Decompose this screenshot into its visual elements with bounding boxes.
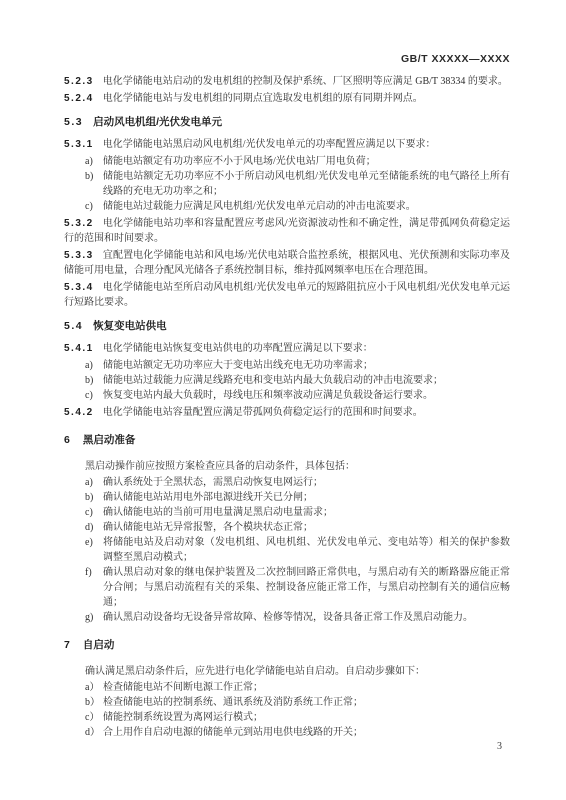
list-item-label: a) xyxy=(85,154,103,169)
section-heading-5-3: 5.3启动风电机组/光伏发电单元 xyxy=(64,115,510,130)
list-item-label: b） xyxy=(85,695,103,710)
section-heading-5-4: 5.4恢复变电站供电 xyxy=(64,319,510,334)
list-item: c） 储能控制系统设置为离网运行模式； xyxy=(64,710,510,725)
list-item: a） 检查储能电站不间断电源工作正常； xyxy=(64,680,510,695)
clause-text: 电化学储能电站恢复变电站供电的功率配置应满足以下要求： xyxy=(103,343,373,354)
list-chapter-7: a） 检查储能电站不间断电源工作正常； b） 检查储能电站的控制系统、通讯系统及… xyxy=(64,680,510,740)
list-item-text: 确认黑启动对象的继电保护装置及二次控制回路正常供电，与黑启动有关的断路器应能正常… xyxy=(103,565,510,610)
clause-number: 5.3.4 xyxy=(64,282,94,293)
clause-5-4-2: 5.4.2电化学储能电站容量配置应满足带孤网负荷稳定运行的范围和时间要求。 xyxy=(64,405,510,420)
clause-number: 5.3.1 xyxy=(64,139,94,150)
clause-text: 电化学储能电站功率和容量配置应考虑风/光资源波动性和不确定性，满足带孤网负荷稳定… xyxy=(64,218,510,244)
list-item: d） 合上用作自启动电源的储能单元到站用电供电线路的开关； xyxy=(64,725,510,740)
list-item-label: e) xyxy=(85,535,103,565)
clause-5-2-3: 5.2.3电化学储能电站启动的发电机组的控制及保护系统、厂区照明等应满足 GB/… xyxy=(64,74,510,89)
list-item-text: 储能控制系统设置为离网运行模式； xyxy=(103,710,510,725)
list-item: g) 确认黑启动设备均无设备异常故障、检修等情况，设备具备正常工作及黑启动能力。 xyxy=(64,610,510,625)
list-item: b) 储能电站过载能力应满足线路充电和变电站内最大负载启动的冲击电流要求； xyxy=(64,373,510,388)
list-item-text: 确认储能电站站用电外部电源进线开关已分闸； xyxy=(103,490,510,505)
section-number: 5.3 xyxy=(64,116,83,128)
list-item-label: c) xyxy=(85,388,103,403)
list-item-label: d） xyxy=(85,725,103,740)
list-5-3-1: a) 储能电站额定有功功率应不小于风电场/光伏电站厂用电负荷； b) 储能电站额… xyxy=(64,154,510,214)
clause-text: 电化学储能电站黑启动风电机组/光伏发电单元的功率配置应满足以下要求： xyxy=(103,139,436,150)
list-item: d) 确认储能电站无异常报警，各个模块状态正常； xyxy=(64,520,510,535)
clause-number: 5.4.2 xyxy=(64,407,94,418)
section-title: 恢复变电站供电 xyxy=(93,320,167,332)
chapter-heading-6: 6黑启动准备 xyxy=(64,433,510,448)
list-item: a) 确认系统处于全黑状态，需黑启动恢复电网运行； xyxy=(64,475,510,490)
list-item: c) 确认储能电站的当前可用电量满足黑启动电量需求； xyxy=(64,505,510,520)
section-number: 5.4 xyxy=(64,320,83,332)
page-number: 3 xyxy=(497,740,502,754)
clause-text: 电化学储能电站至所启动风电机组/光伏发电单元的短路阻抗应小于风电机组/光伏发电单… xyxy=(64,282,510,308)
list-item-label: d) xyxy=(85,520,103,535)
list-item-label: c） xyxy=(85,710,103,725)
list-item-label: a) xyxy=(85,475,103,490)
list-item-label: a） xyxy=(85,680,103,695)
chapter-title: 自启动 xyxy=(83,639,115,651)
section-title: 启动风电机组/光伏发电单元 xyxy=(93,116,222,128)
clause-text: 电化学储能电站与发电机组的同期点宜选取发电机组的原有同期并网点。 xyxy=(103,93,423,104)
intro-paragraph: 确认满足黑启动条件后，应先进行电化学储能电站自启动。自启动步骤如下： xyxy=(64,664,510,679)
intro-paragraph: 黑启动操作前应按照方案检查应具备的启动条件，具体包括： xyxy=(64,459,510,474)
list-5-4-1: a) 储能电站额定无功功率应大于变电站出线充电无功功率需求； b) 储能电站过载… xyxy=(64,358,510,403)
chapter-number: 7 xyxy=(64,639,70,651)
chapter-title: 黑启动准备 xyxy=(83,434,136,446)
clause-number: 5.2.4 xyxy=(64,93,94,104)
clause-5-3-1: 5.3.1电化学储能电站黑启动风电机组/光伏发电单元的功率配置应满足以下要求： xyxy=(64,137,510,152)
document-page: GB/T XXXXX—XXXX 5.2.3电化学储能电站启动的发电机组的控制及保… xyxy=(0,0,566,800)
list-item-label: b) xyxy=(85,490,103,505)
list-item-label: f) xyxy=(85,565,103,610)
list-item-text: 储能电站过载能力应满足风电机组/光伏发电单元启动的冲击电流要求。 xyxy=(103,199,510,214)
clause-5-3-3: 5.3.3宜配置电化学储能电站和风电场/光伏电站联合监控系统，根据风电、光伏预测… xyxy=(64,248,510,278)
clause-number: 5.3.3 xyxy=(64,250,94,261)
clause-5-2-4: 5.2.4电化学储能电站与发电机组的同期点宜选取发电机组的原有同期并网点。 xyxy=(64,91,510,106)
list-item-text: 储能电站额定有功功率应不小于风电场/光伏电站厂用电负荷； xyxy=(103,154,510,169)
list-item-text: 确认储能电站的当前可用电量满足黑启动电量需求； xyxy=(103,505,510,520)
list-item-text: 检查储能电站的控制系统、通讯系统及消防系统工作正常； xyxy=(103,695,510,710)
clause-5-3-4: 5.3.4电化学储能电站至所启动风电机组/光伏发电单元的短路阻抗应小于风电机组/… xyxy=(64,280,510,310)
list-item: b) 确认储能电站站用电外部电源进线开关已分闸； xyxy=(64,490,510,505)
clause-number: 5.2.3 xyxy=(64,76,94,87)
clause-text: 电化学储能电站启动的发电机组的控制及保护系统、厂区照明等应满足 GB/T 383… xyxy=(103,76,508,87)
list-item-text: 确认系统处于全黑状态，需黑启动恢复电网运行； xyxy=(103,475,510,490)
list-item-text: 储能电站额定无功功率应大于变电站出线充电无功功率需求； xyxy=(103,358,510,373)
clause-5-3-2: 5.3.2电化学储能电站功率和容量配置应考虑风/光资源波动性和不确定性，满足带孤… xyxy=(64,216,510,246)
list-item: a) 储能电站额定无功功率应大于变电站出线充电无功功率需求； xyxy=(64,358,510,373)
clause-5-4-1: 5.4.1电化学储能电站恢复变电站供电的功率配置应满足以下要求： xyxy=(64,341,510,356)
chapter-number: 6 xyxy=(64,434,70,446)
list-item-text: 恢复变电站内最大负载时，母线电压和频率波动应满足负载设备运行要求。 xyxy=(103,388,510,403)
list-item: f) 确认黑启动对象的继电保护装置及二次控制回路正常供电，与黑启动有关的断路器应… xyxy=(64,565,510,610)
list-item: b) 储能电站额定无功功率应不小于所启动风电机组/光伏发电单元至储能系统的电气路… xyxy=(64,169,510,199)
list-item-label: b) xyxy=(85,373,103,388)
clause-text: 宜配置电化学储能电站和风电场/光伏电站联合监控系统，根据风电、光伏预测和实际功率… xyxy=(64,250,510,276)
clause-number: 5.3.2 xyxy=(64,218,94,229)
list-item-label: g) xyxy=(85,610,103,625)
list-item: c) 恢复变电站内最大负载时，母线电压和频率波动应满足负载设备运行要求。 xyxy=(64,388,510,403)
doc-code: GB/T XXXXX—XXXX xyxy=(64,52,510,66)
list-item-text: 确认储能电站无异常报警，各个模块状态正常； xyxy=(103,520,510,535)
chapter-heading-7: 7自启动 xyxy=(64,638,510,653)
list-item: b） 检查储能电站的控制系统、通讯系统及消防系统工作正常； xyxy=(64,695,510,710)
list-item-text: 检查储能电站不间断电源工作正常； xyxy=(103,680,510,695)
list-item-text: 将储能电站及启动对象（发电机组、风电机组、光伏发电单元、变电站等）相关的保护参数… xyxy=(103,535,510,565)
list-item-label: c) xyxy=(85,199,103,214)
list-item: a) 储能电站额定有功功率应不小于风电场/光伏电站厂用电负荷； xyxy=(64,154,510,169)
clause-number: 5.4.1 xyxy=(64,343,94,354)
list-item-text: 合上用作自启动电源的储能单元到站用电供电线路的开关； xyxy=(103,725,510,740)
list-item: e) 将储能电站及启动对象（发电机组、风电机组、光伏发电单元、变电站等）相关的保… xyxy=(64,535,510,565)
list-item-label: c) xyxy=(85,505,103,520)
list-chapter-6: a) 确认系统处于全黑状态，需黑启动恢复电网运行； b) 确认储能电站站用电外部… xyxy=(64,475,510,625)
list-item: c) 储能电站过载能力应满足风电机组/光伏发电单元启动的冲击电流要求。 xyxy=(64,199,510,214)
clause-text: 电化学储能电站容量配置应满足带孤网负荷稳定运行的范围和时间要求。 xyxy=(103,407,423,418)
list-item-text: 储能电站过载能力应满足线路充电和变电站内最大负载启动的冲击电流要求； xyxy=(103,373,510,388)
list-item-text: 储能电站额定无功功率应不小于所启动风电机组/光伏发电单元至储能系统的电气路径上所… xyxy=(103,169,510,199)
list-item-text: 确认黑启动设备均无设备异常故障、检修等情况，设备具备正常工作及黑启动能力。 xyxy=(103,610,510,625)
list-item-label: b) xyxy=(85,169,103,199)
list-item-label: a) xyxy=(85,358,103,373)
